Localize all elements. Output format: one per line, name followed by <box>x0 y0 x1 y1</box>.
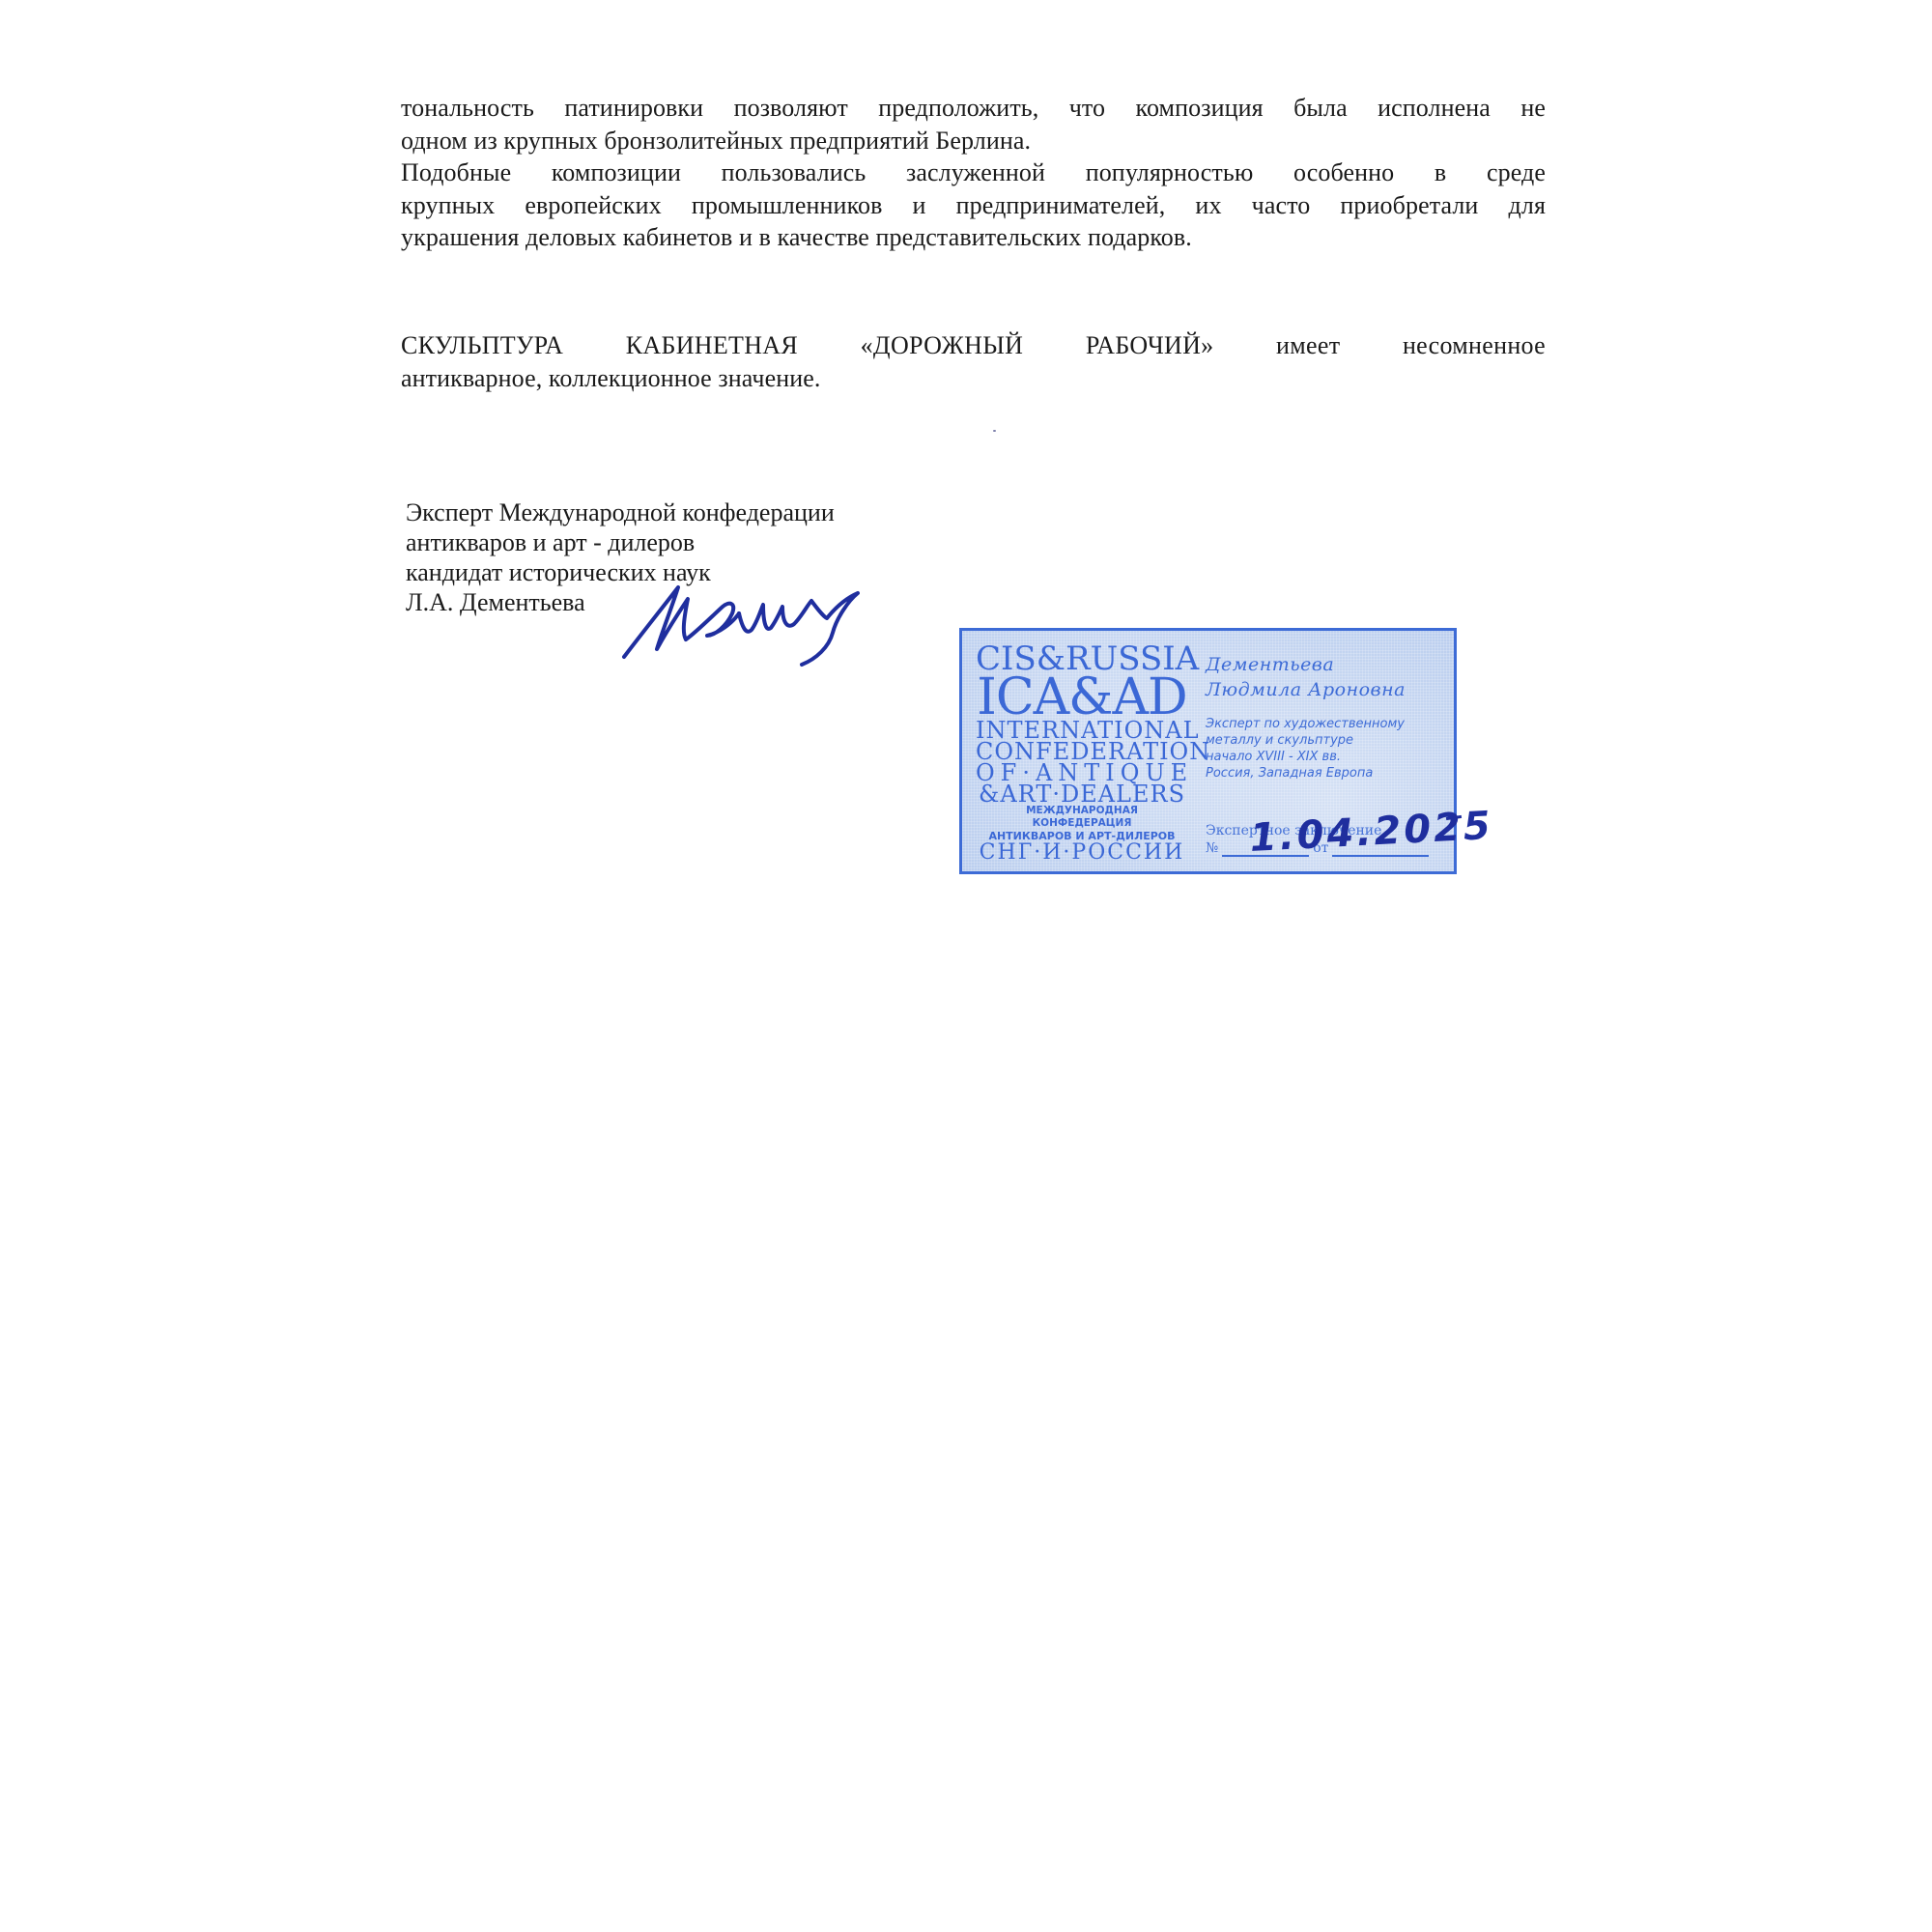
text-line: Подобные композиции пользовались заслуже… <box>401 156 1546 189</box>
text-line: крупных европейских промышленников и пре… <box>401 189 1546 222</box>
text-line: одном из крупных бронзолитейных предприя… <box>401 125 1546 157</box>
credential-line: антикваров и арт - дилеров <box>406 527 835 557</box>
stamp-expert-info: Дементьева Людмила Ароновна Эксперт по х… <box>1206 652 1452 781</box>
number-prefix: № <box>1206 839 1218 857</box>
document-page: тональность патинировки позволяют предпо… <box>0 0 1932 1932</box>
icaad-logo: CIS&RUSSIA ICA&AD INTERNATIONAL CONFEDER… <box>976 642 1188 864</box>
specialization-line: Эксперт по художественному <box>1206 716 1452 732</box>
scan-speck <box>993 430 996 432</box>
stamp-surname: Дементьева <box>1206 652 1452 677</box>
text-line: СКУЛЬПТУРА КАБИНЕТНАЯ «ДОРОЖНЫЙ РАБОЧИЙ»… <box>401 329 1546 362</box>
stamp-specialization: Эксперт по художественному металлу и ску… <box>1206 716 1452 781</box>
logo-line: СНГ·И·РОССИИ <box>976 842 1188 864</box>
logo-line: &ART·DEALERS <box>976 783 1188 805</box>
paragraph-popularity: Подобные композиции пользовались заслуже… <box>401 156 1546 254</box>
paragraph-conclusion: СКУЛЬПТУРА КАБИНЕТНАЯ «ДОРОЖНЫЙ РАБОЧИЙ»… <box>401 329 1546 394</box>
text-line: украшения деловых кабинетов и в качестве… <box>401 221 1546 254</box>
specialization-line: Россия, Западная Европа <box>1206 765 1452 781</box>
handwritten-signature <box>618 580 869 676</box>
paragraph-patina-attribution: тональность патинировки позволяют предпо… <box>401 92 1546 156</box>
logo-line: ICA&AD <box>976 675 1188 720</box>
specialization-line: металлу и скульптуре <box>1206 732 1452 749</box>
stamp-given-name: Людмила Ароновна <box>1206 677 1452 702</box>
specialization-line: начало XVIII - XIX вв. <box>1206 749 1452 765</box>
text-line: тональность патинировки позволяют предпо… <box>401 92 1546 125</box>
text-line: антикварное, коллекционное значение. <box>401 362 1546 395</box>
credential-line: Эксперт Международной конфедерации <box>406 497 835 527</box>
logo-line: МЕЖДУНАРОДНАЯ КОНФЕДЕРАЦИЯ <box>976 805 1188 830</box>
